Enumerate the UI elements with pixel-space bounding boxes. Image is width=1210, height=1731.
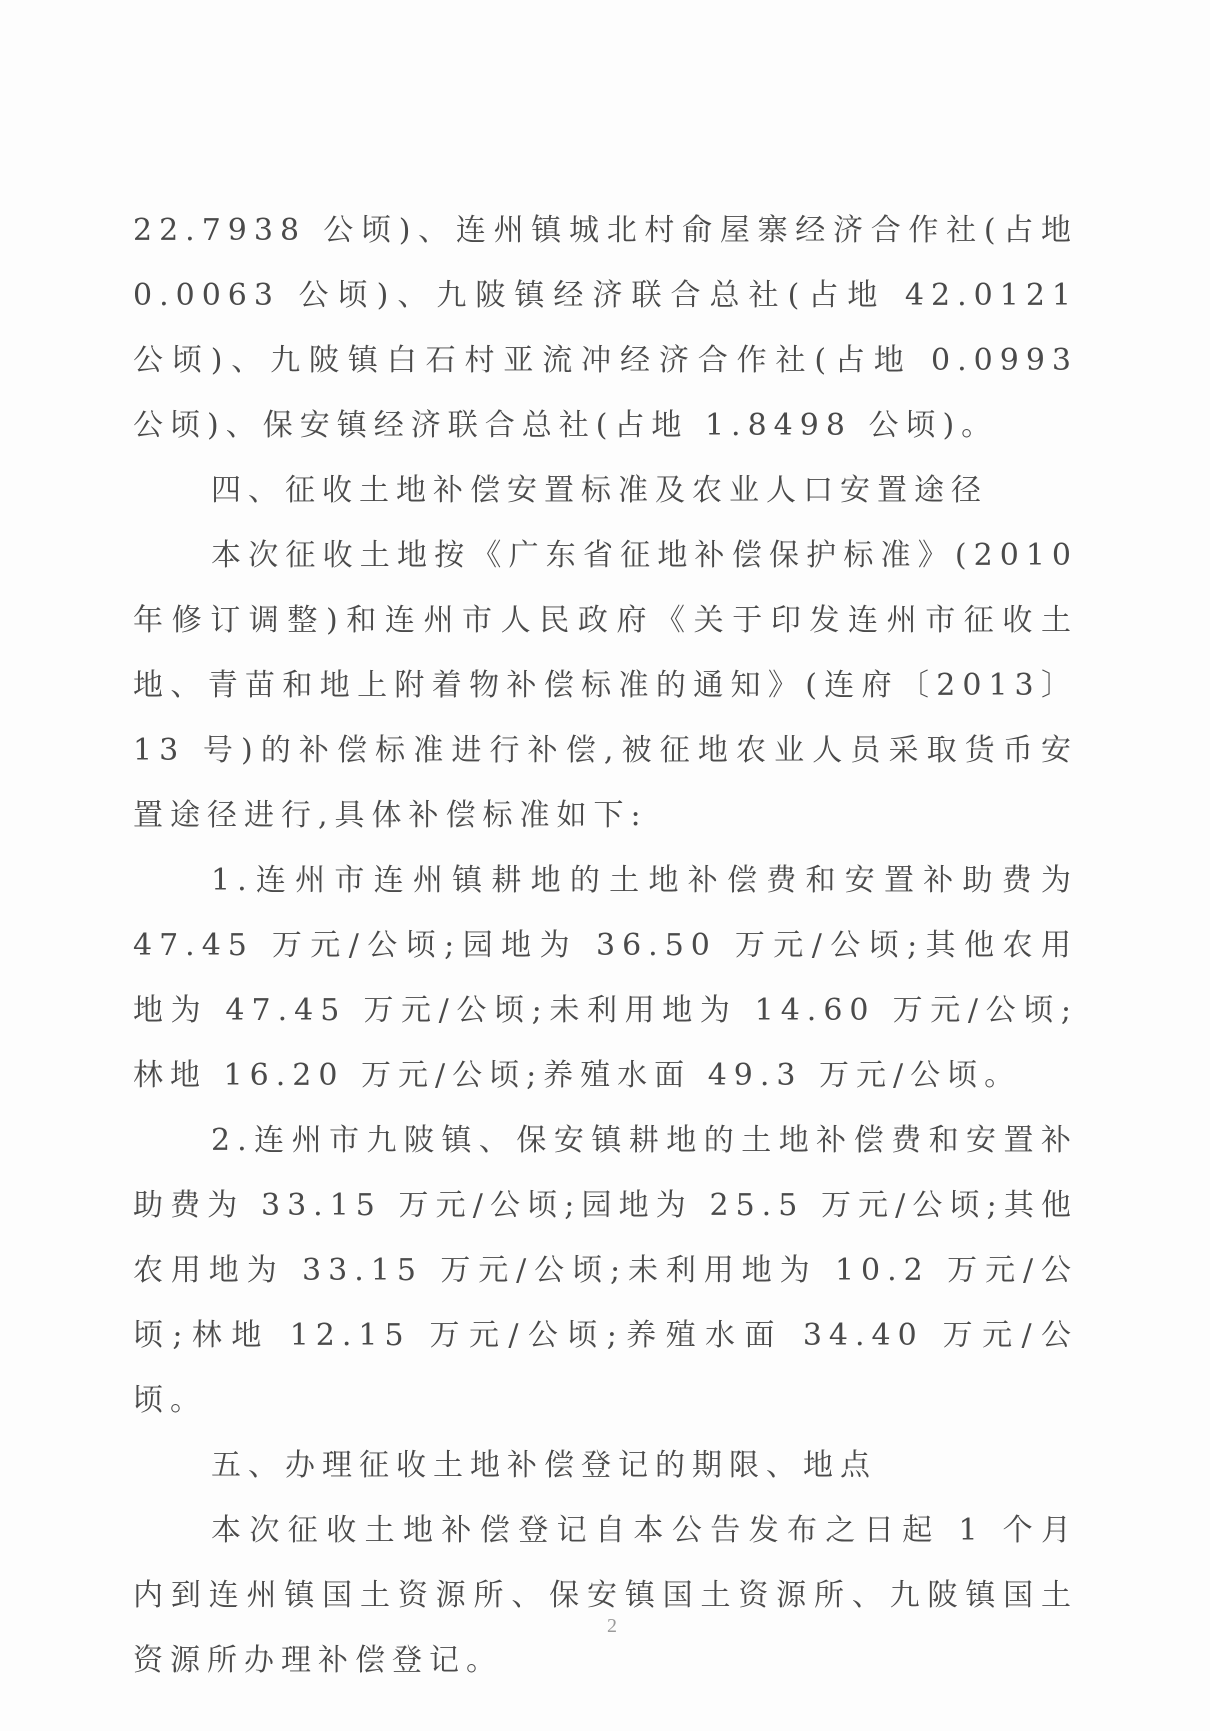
paragraph-land-occupation-continuation: 22.7938 公顷)、连州镇城北村俞屋寨经济合作社(占地 0.0063 公顷)… [133,198,1078,458]
section-heading-compensation-standards: 四、征收土地补偿安置标准及农业人口安置途径 [133,458,1078,523]
document-body: 22.7938 公顷)、连州镇城北村俞屋寨经济合作社(占地 0.0063 公顷)… [133,198,1078,1693]
section-heading-registration-period: 五、办理征收土地补偿登记的期限、地点 [133,1433,1078,1498]
paragraph-registration-details: 本次征收土地补偿登记自本公告发布之日起 1 个月内到连州镇国土资源所、保安镇国土… [133,1498,1078,1693]
document-page: 22.7938 公顷)、连州镇城北村俞屋寨经济合作社(占地 0.0063 公顷)… [0,0,1210,1731]
paragraph-compensation-basis: 本次征收土地按《广东省征地补偿保护标准》(2010 年修订调整)和连州市人民政府… [133,523,1078,848]
paragraph-jiupi-baoan-rates: 2.连州市九陂镇、保安镇耕地的土地补偿费和安置补助费为 33.15 万元/公顷;… [133,1108,1078,1433]
paragraph-lianzhou-town-rates: 1.连州市连州镇耕地的土地补偿费和安置补助费为 47.45 万元/公顷;园地为 … [133,848,1078,1108]
page-number: 2 [600,1615,624,1638]
